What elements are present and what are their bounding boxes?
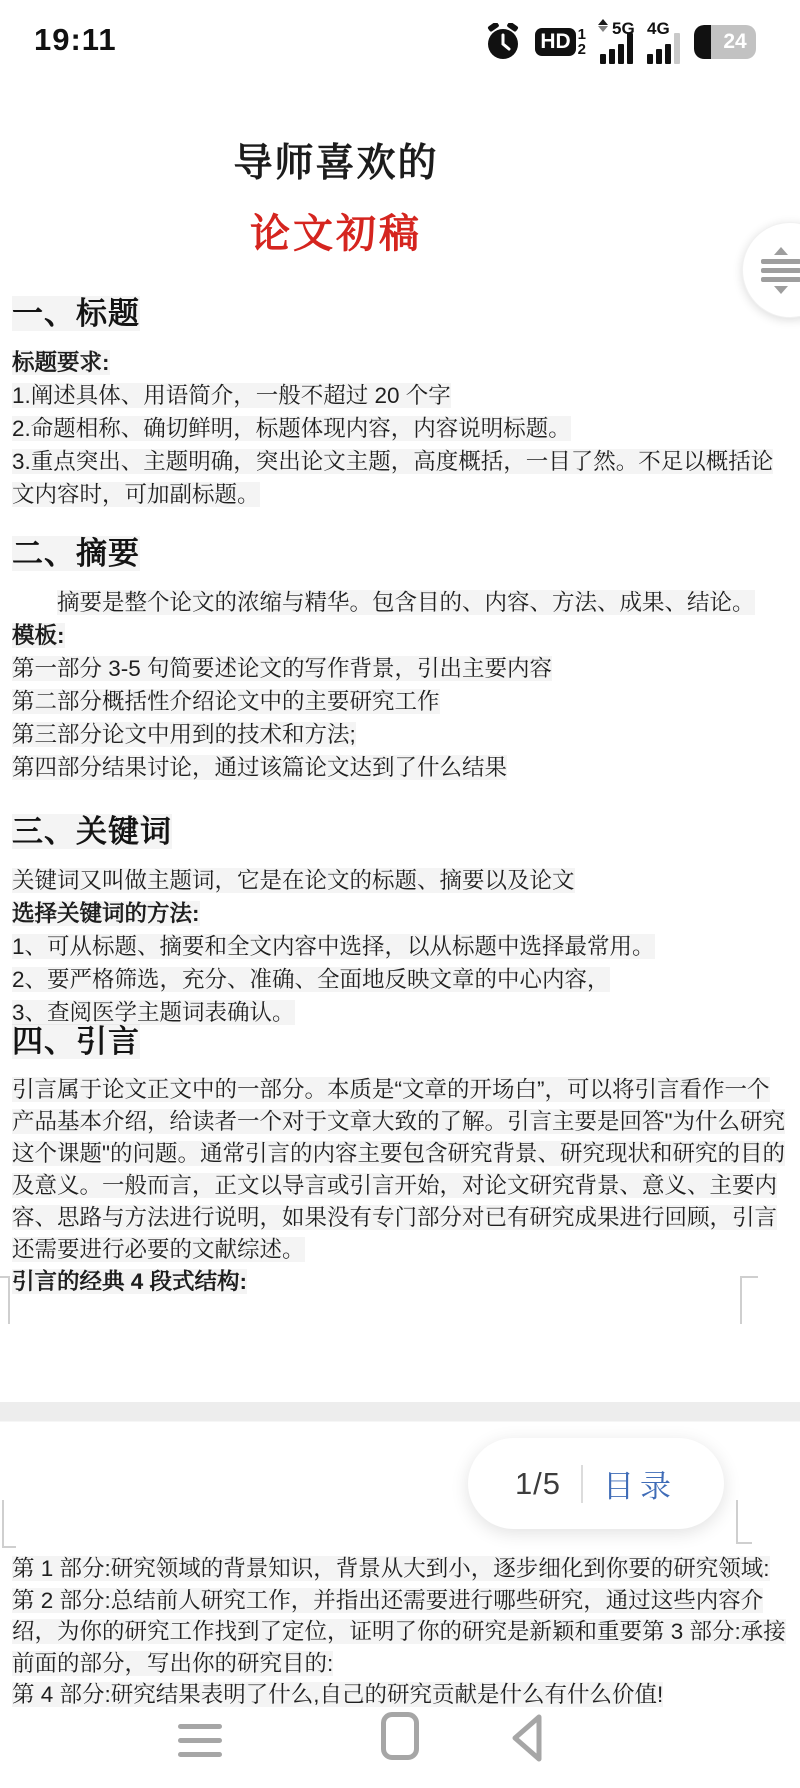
status-icons: HD 1 2 5G 4G <box>485 20 756 64</box>
sim1-label: 1 <box>578 27 586 42</box>
text-paragraph: 第 1 部分:研究领域的背景知识，背景从大到小，逐步细化到你要的研究领域: <box>12 1553 790 1585</box>
section-introduction: 四、引言 引言属于论文正文中的一部分。本质是“文章的开场白”，可以将引言看作一个… <box>12 1016 790 1298</box>
home-button[interactable] <box>381 1712 419 1760</box>
text-line: 第三部分论文中用到的技术和方法; <box>12 718 790 751</box>
page-corner-mark <box>740 1276 758 1324</box>
text-line: 摘要是整个论文的浓缩与精华。包含目的、内容、方法、成果、结论。 <box>12 586 790 619</box>
sim2-label: 2 <box>578 42 586 57</box>
section-heading: 一、标题 <box>12 288 790 333</box>
page-corner-mark <box>2 1500 18 1548</box>
title-line-1: 导师喜欢的 <box>0 132 672 188</box>
signal-5g-icon: 5G <box>600 21 633 64</box>
android-nav-bar <box>0 1700 800 1788</box>
text-line: 第一部分 3-5 句简要述论文的写作背景，引出主要内容 <box>12 652 790 685</box>
text-line: 2、要严格筛选，充分、准确、全面地反映文章的中心内容， <box>12 963 790 996</box>
text-line: 关键词又叫做主题词，它是在论文的标题、摘要以及论文 <box>12 864 790 897</box>
alarm-clock-icon <box>485 23 521 61</box>
net1-label: 5G <box>612 19 635 39</box>
pill-divider <box>581 1465 583 1503</box>
page-corner-mark <box>0 1276 16 1324</box>
text-line: 第四部分结果讨论，通过该篇论文达到了什么结果 <box>12 751 790 784</box>
text-line: 1、可从标题、摘要和全文内容中选择，以从标题中选择最常用。 <box>12 930 790 963</box>
page-separator <box>0 1402 800 1422</box>
text-paragraph: 第 2 部分:总结前人研究工作，并指出还需要进行哪些研究，通过这些内容介绍，为你… <box>12 1585 790 1680</box>
page-corner-mark <box>736 1500 754 1546</box>
text-line: 3.重点突出、主题明确，突出论文主题，高度概括，一目了然。不足以概括论文内容时，… <box>12 445 790 511</box>
section-title: 一、标题 标题要求: 1.阐述具体、用语简介，一般不超过 20 个字 2.命题相… <box>12 288 790 511</box>
text-line: 标题要求: <box>12 346 790 379</box>
text-line: 模板: <box>12 619 790 652</box>
data-arrows-icon <box>598 19 608 32</box>
back-button[interactable] <box>508 1712 544 1769</box>
section-abstract: 二、摘要 摘要是整个论文的浓缩与精华。包含目的、内容、方法、成果、结论。 模板:… <box>12 528 790 784</box>
text-line: 引言的经典 4 段式结构: <box>12 1266 790 1298</box>
signal-4g-icon: 4G <box>647 21 680 64</box>
text-line: 1.阐述具体、用语简介，一般不超过 20 个字 <box>12 379 790 412</box>
toc-button[interactable]: 目录 <box>603 1461 677 1506</box>
phone-screen: 19:11 HD 1 2 5G <box>0 0 800 1788</box>
section-heading: 三、关键词 <box>12 806 790 851</box>
text-line: 2.命题相称、确切鲜明，标题体现内容，内容说明标题。 <box>12 412 790 445</box>
battery-icon: 24 <box>694 25 756 59</box>
text-paragraph: 引言属于论文正文中的一部分。本质是“文章的开场白”，可以将引言看作一个产品基本介… <box>12 1074 790 1266</box>
section-heading: 四、引言 <box>12 1016 790 1061</box>
page-indicator: 1/5 <box>515 1466 561 1502</box>
text-line: 选择关键词的方法: <box>12 897 790 930</box>
volte-hd-icon: HD 1 2 <box>535 27 586 57</box>
battery-percent: 24 <box>714 30 756 54</box>
page-indicator-pill[interactable]: 1/5 目录 <box>468 1438 724 1529</box>
page2-content: 第 1 部分:研究领域的背景知识，背景从大到小，逐步细化到你要的研究领域: 第 … <box>12 1553 790 1711</box>
text-line: 第二部分概括性介绍论文中的主要研究工作 <box>12 685 790 718</box>
status-time: 19:11 <box>34 22 117 58</box>
section-keywords: 三、关键词 关键词又叫做主题词，它是在论文的标题、摘要以及论文 选择关键词的方法… <box>12 806 790 1029</box>
net2-label: 4G <box>647 19 670 39</box>
title-line-2: 论文初稿 <box>0 202 672 259</box>
recents-menu-button[interactable] <box>178 1724 222 1757</box>
document-title: 导师喜欢的 论文初稿 <box>0 132 672 259</box>
hd-label: HD <box>535 28 575 56</box>
scroll-handle-glyph-icon <box>761 247 800 294</box>
status-bar: 19:11 HD 1 2 5G <box>0 16 800 68</box>
section-heading: 二、摘要 <box>12 528 790 573</box>
